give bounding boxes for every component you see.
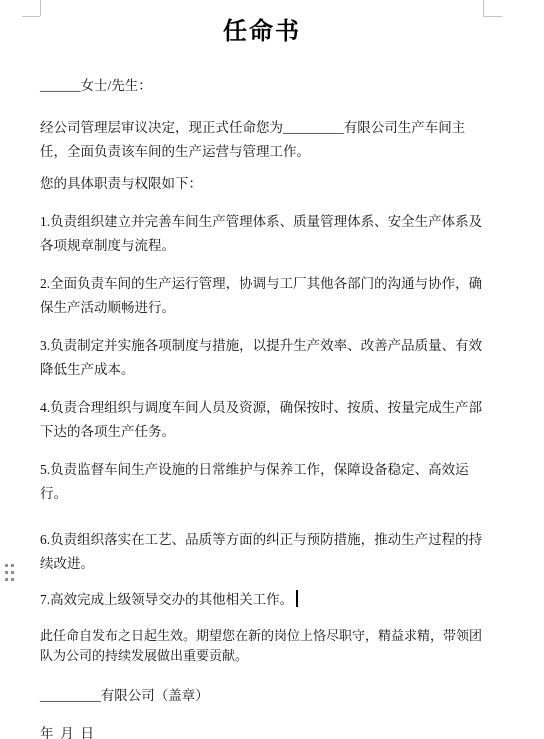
duty-item-6[interactable]: 6.负责组织落实在工艺、品质等方面的纠正与预防措施，推动生产过程的持续改进。 <box>40 528 484 576</box>
duties-heading[interactable]: 您的具体职责与权限如下： <box>40 172 484 196</box>
salutation-line[interactable]: ______女士/先生： <box>40 74 484 98</box>
top-right-margin-crop-mark-horizontal <box>483 16 502 17</box>
closing-paragraph[interactable]: 此任命自发布之日起生效。期望您在新的岗位上恪尽职守，精益求精，带领团队为公司的持… <box>40 626 484 666</box>
duty-item-7[interactable]: 7.高效完成上级领导交办的其他相关工作。 <box>40 588 484 612</box>
text-insertion-cursor <box>296 590 298 607</box>
duty-item-4[interactable]: 4.负责合理组织与调度车间人员及资源，确保按时、按质、按量完成生产部下达的各项生… <box>40 396 484 444</box>
document-title: 任命书 <box>40 18 484 46</box>
top-left-margin-crop-mark-horizontal <box>22 16 40 17</box>
duty-item-3[interactable]: 3.负责制定并实施各项制度与措施，以提升生产效率、改善产品质量、有效降低生产成本… <box>40 334 484 382</box>
duty-item-2[interactable]: 2.全面负责车间的生产运行管理，协调与工厂其他各部门的沟通与协作，确保生产活动顺… <box>40 272 484 320</box>
duty-item-7-text: 7.高效完成上级领导交办的其他相关工作。 <box>40 592 293 607</box>
document-page[interactable]: 任命书 ______女士/先生： 经公司管理层审议决定，现正式任命您为_____… <box>0 0 544 739</box>
intro-paragraph[interactable]: 经公司管理层审议决定，现正式任命您为_________有限公司生产车间主任，全面… <box>40 116 484 164</box>
signature-date-line[interactable]: 年 月 日 <box>40 722 484 739</box>
paragraph-drag-handle-icon[interactable] <box>4 563 18 583</box>
signature-company-line[interactable]: _________有限公司（盖章） <box>40 684 484 708</box>
six-dots-glyph <box>5 564 8 567</box>
duty-item-5[interactable]: 5.负责监督车间生产设施的日常维护与保养工作，保障设备稳定、高效运行。 <box>40 458 484 506</box>
document-content: 任命书 ______女士/先生： 经公司管理层审议决定，现正式任命您为_____… <box>40 0 484 739</box>
duty-item-1[interactable]: 1.负责组织建立并完善车间生产管理体系、质量管理体系、安全生产体系及各项规章制度… <box>40 210 484 258</box>
